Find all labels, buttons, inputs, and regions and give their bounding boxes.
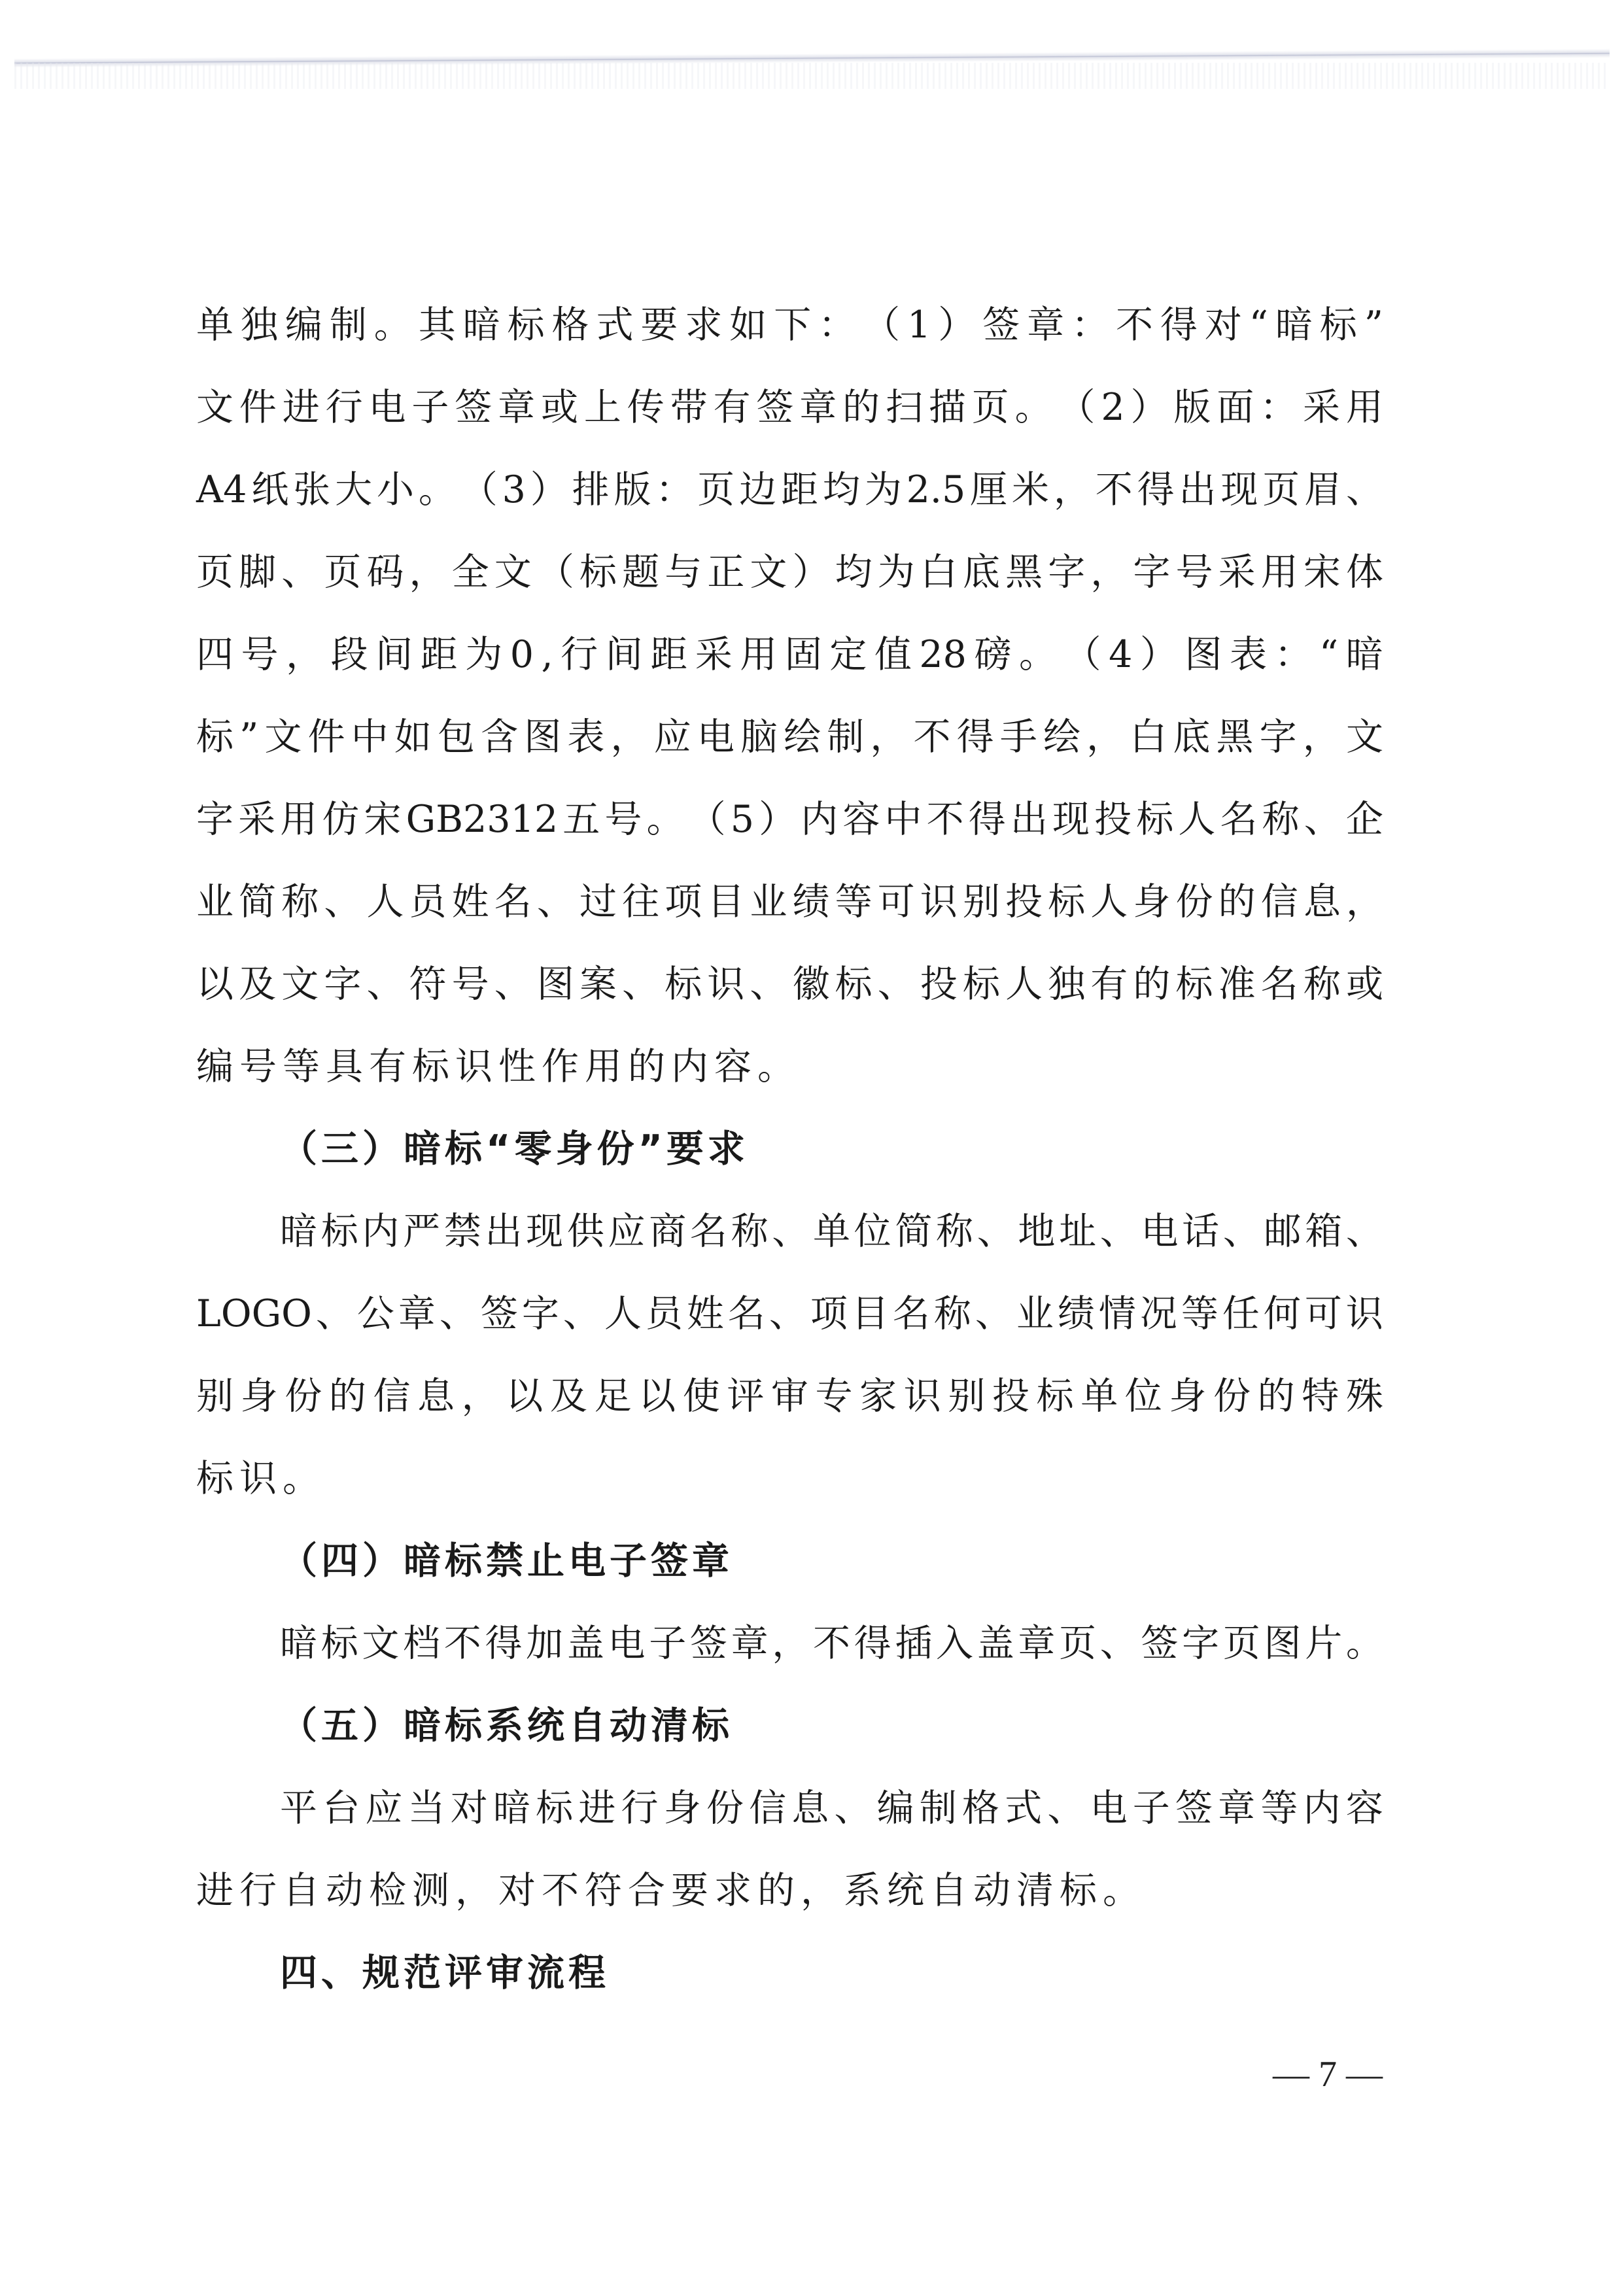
subsection-heading: （三）暗标“零身份”要求 xyxy=(280,1123,1383,1175)
paragraph-line: 业简称、人员姓名、过往项目业绩等可识别投标人身份的信息， xyxy=(196,876,1383,928)
paragraph-line: 四号，段间距为0,行间距采用固定值28磅。（4）图表：“暗 xyxy=(196,628,1383,681)
paragraph-line: 字采用仿宋GB2312五号。（5）内容中不得出现投标人名称、企 xyxy=(196,793,1383,846)
paragraph-line: 编号等具有标识性作用的内容。 xyxy=(196,1040,1383,1093)
paragraph-line: 暗标内严禁出现供应商名称、单位简称、地址、电话、邮箱、 xyxy=(280,1205,1383,1258)
paragraph-line: 标识。 xyxy=(196,1452,1383,1505)
section-heading: 四、规范评审流程 xyxy=(280,1947,1383,1999)
scan-noise-artifact xyxy=(14,63,1610,89)
paragraph-line: 平台应当对暗标进行身份信息、编制格式、电子签章等内容 xyxy=(280,1782,1383,1834)
page-number: — 7 — xyxy=(1262,2053,1393,2095)
paragraph-line: 进行自动检测，对不符合要求的，系统自动清标。 xyxy=(196,1864,1383,1917)
paragraph-line: 文件进行电子签章或上传带有签章的扫描页。（2）版面：采用 xyxy=(196,381,1383,434)
paragraph-line: 别身份的信息，以及足以使评审专家识别投标单位身份的特殊 xyxy=(196,1370,1383,1422)
paragraph-line: 标”文件中如包含图表，应电脑绘制，不得手绘，白底黑字，文 xyxy=(196,711,1383,763)
subsection-heading: （五）暗标系统自动清标 xyxy=(280,1700,1383,1752)
paragraph-line: 暗标文档不得加盖电子签章，不得插入盖章页、签字页图片。 xyxy=(280,1617,1383,1670)
paragraph-line: 页脚、页码，全文（标题与正文）均为白底黑字，字号采用宋体 xyxy=(196,546,1383,598)
paragraph-line: A4纸张大小。（3）排版：页边距均为2.5厘米，不得出现页眉、 xyxy=(196,464,1383,516)
paragraph-line: LOGO、公章、签字、人员姓名、项目名称、业绩情况等任何可识 xyxy=(196,1288,1383,1340)
paragraph-line: 单独编制。其暗标格式要求如下：（1）签章：不得对“暗标” xyxy=(196,299,1383,351)
paragraph-line: 以及文字、符号、图案、标识、徽标、投标人独有的标准名称或 xyxy=(196,958,1383,1010)
subsection-heading: （四）暗标禁止电子签章 xyxy=(280,1535,1383,1587)
